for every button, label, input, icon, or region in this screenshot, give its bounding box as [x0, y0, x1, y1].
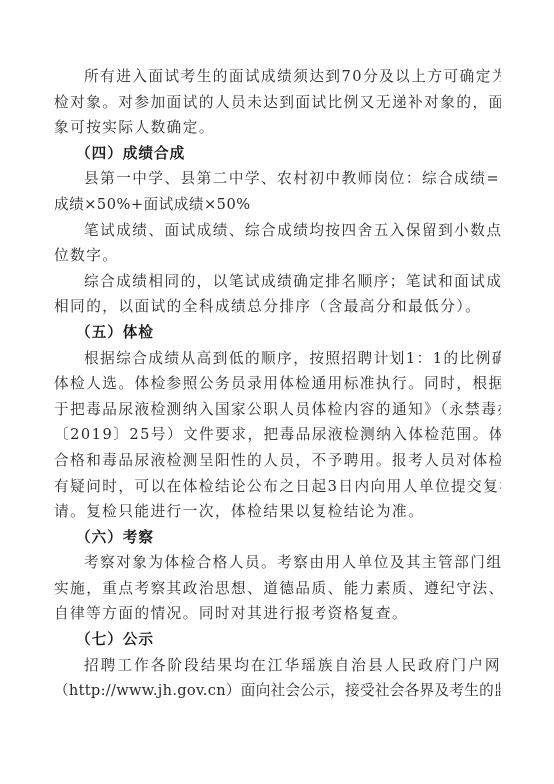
- text-line: 综合成绩相同的，以笔试成绩确定排名顺序；笔试和面试成绩都: [54, 269, 501, 295]
- text-line: 体检人选。体检参照公务员录用体检通用标准执行。同时，根据《关: [54, 371, 501, 397]
- text-line: 位数字。: [54, 243, 501, 269]
- text-line: 检对象。对参加面试的人员未达到面试比例又无递补对象的，面试对: [54, 90, 501, 116]
- paragraph-interview-threshold: 所有进入面试考生的面试成绩须达到70分及以上方可确定为体 检对象。对参加面试的人…: [54, 64, 501, 141]
- section-heading-score-composition: （四）成绩合成: [54, 141, 501, 167]
- document-page: 所有进入面试考生的面试成绩须达到70分及以上方可确定为体 检对象。对参加面试的人…: [54, 64, 501, 704]
- paragraph-public-notice: 招聘工作各阶段结果均在江华瑶族自治县人民政府门户网 （http://www.jh…: [54, 653, 501, 704]
- text-line: 考察对象为体检合格人员。考察由用人单位及其主管部门组织: [54, 550, 501, 576]
- text-line: 相同的，以面试的全科成绩总分排序（含最高分和最低分）。: [54, 294, 501, 320]
- text-line: 〔2019〕25号）文件要求，把毒品尿液检测纳入体检范围。体检不: [54, 422, 501, 448]
- text-line: 根据综合成绩从高到低的顺序，按照招聘计划1：1的比例确定: [54, 346, 501, 372]
- section-heading-physical-exam: （五）体检: [54, 320, 501, 346]
- paragraph-tie-break-rule: 综合成绩相同的，以笔试成绩确定排名顺序；笔试和面试成绩都 相同的，以面试的全科成…: [54, 269, 501, 320]
- text-line: 县第一中学、县第二中学、农村初中教师岗位：综合成绩=笔试: [54, 166, 501, 192]
- text-line: 有疑问时，可以在体检结论公布之日起3日内向用人单位提交复检申: [54, 474, 501, 500]
- text-line: （http://www.jh.gov.cn）面向社会公示，接受社会各界及考生的监: [54, 678, 501, 704]
- text-line: 成绩×50%+面试成绩×50%: [54, 192, 501, 218]
- paragraph-physical-exam: 根据综合成绩从高到低的顺序，按照招聘计划1：1的比例确定 体检人选。体检参照公务…: [54, 346, 501, 525]
- text-line: 请。复检只能进行一次，体检结果以复检结论为准。: [54, 499, 501, 525]
- text-line: 象可按实际人数确定。: [54, 115, 501, 141]
- text-line: 招聘工作各阶段结果均在江华瑶族自治县人民政府门户网: [54, 653, 501, 679]
- text-line: 合格和毒品尿液检测呈阳性的人员，不予聘用。报考人员对体检结果: [54, 448, 501, 474]
- text-line: 于把毒品尿液检测纳入国家公职人员体检内容的通知》（永禁毒办: [54, 397, 501, 423]
- paragraph-score-formula: 县第一中学、县第二中学、农村初中教师岗位：综合成绩=笔试 成绩×50%+面试成绩…: [54, 166, 501, 217]
- paragraph-inspection: 考察对象为体检合格人员。考察由用人单位及其主管部门组织 实施，重点考察其政治思想…: [54, 550, 501, 627]
- text-line: 实施，重点考察其政治思想、道德品质、能力素质、遵纪守法、廉洁: [54, 576, 501, 602]
- section-heading-inspection: （六）考察: [54, 525, 501, 551]
- text-line: 自律等方面的情况。同时对其进行报考资格复查。: [54, 601, 501, 627]
- paragraph-rounding-rule: 笔试成绩、面试成绩、综合成绩均按四舍五入保留到小数点后两 位数字。: [54, 218, 501, 269]
- text-line: 笔试成绩、面试成绩、综合成绩均按四舍五入保留到小数点后两: [54, 218, 501, 244]
- text-line: 所有进入面试考生的面试成绩须达到70分及以上方可确定为体: [54, 64, 501, 90]
- section-heading-public-notice: （七）公示: [54, 627, 501, 653]
